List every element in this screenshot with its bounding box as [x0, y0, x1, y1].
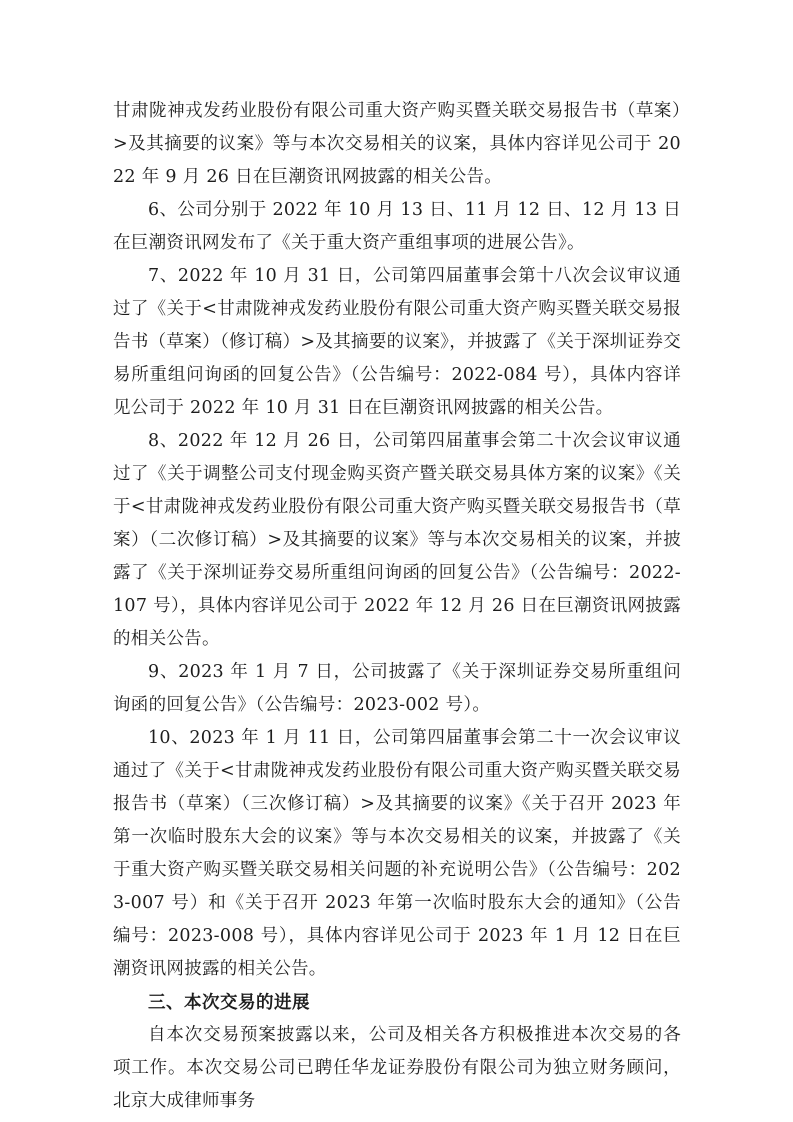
document-page: 甘肃陇神戎发药业股份有限公司重大资产购买暨关联交易报告书（草案）>及其摘要的议案… — [0, 0, 793, 1122]
paragraph-continuation: 甘肃陇神戎发药业股份有限公司重大资产购买暨关联交易报告书（草案）>及其摘要的议案… — [113, 95, 681, 194]
document-content: 甘肃陇神戎发药业股份有限公司重大资产购买暨关联交易报告书（草案）>及其摘要的议案… — [113, 95, 681, 1118]
paragraph-item-10: 10、2023 年 1 月 11 日，公司第四届董事会第二十一次会议审议通过了《… — [113, 722, 681, 986]
paragraph-item-8: 8、2022 年 12 月 26 日，公司第四届董事会第二十次会议审议通过了《关… — [113, 425, 681, 656]
section-heading-transaction-progress: 三、本次交易的进展 — [113, 986, 681, 1019]
paragraph-progress-intro: 自本次交易预案披露以来，公司及相关各方积极推进本次交易的各项工作。本次交易公司已… — [113, 1019, 681, 1118]
paragraph-item-7: 7、2022 年 10 月 31 日，公司第四届董事会第十八次会议审议通过了《关… — [113, 260, 681, 425]
paragraph-item-6: 6、公司分别于 2022 年 10 月 13 日、11 月 12 日、12 月 … — [113, 194, 681, 260]
paragraph-item-9: 9、2023 年 1 月 7 日，公司披露了《关于深圳证券交易所重组问询函的回复… — [113, 656, 681, 722]
